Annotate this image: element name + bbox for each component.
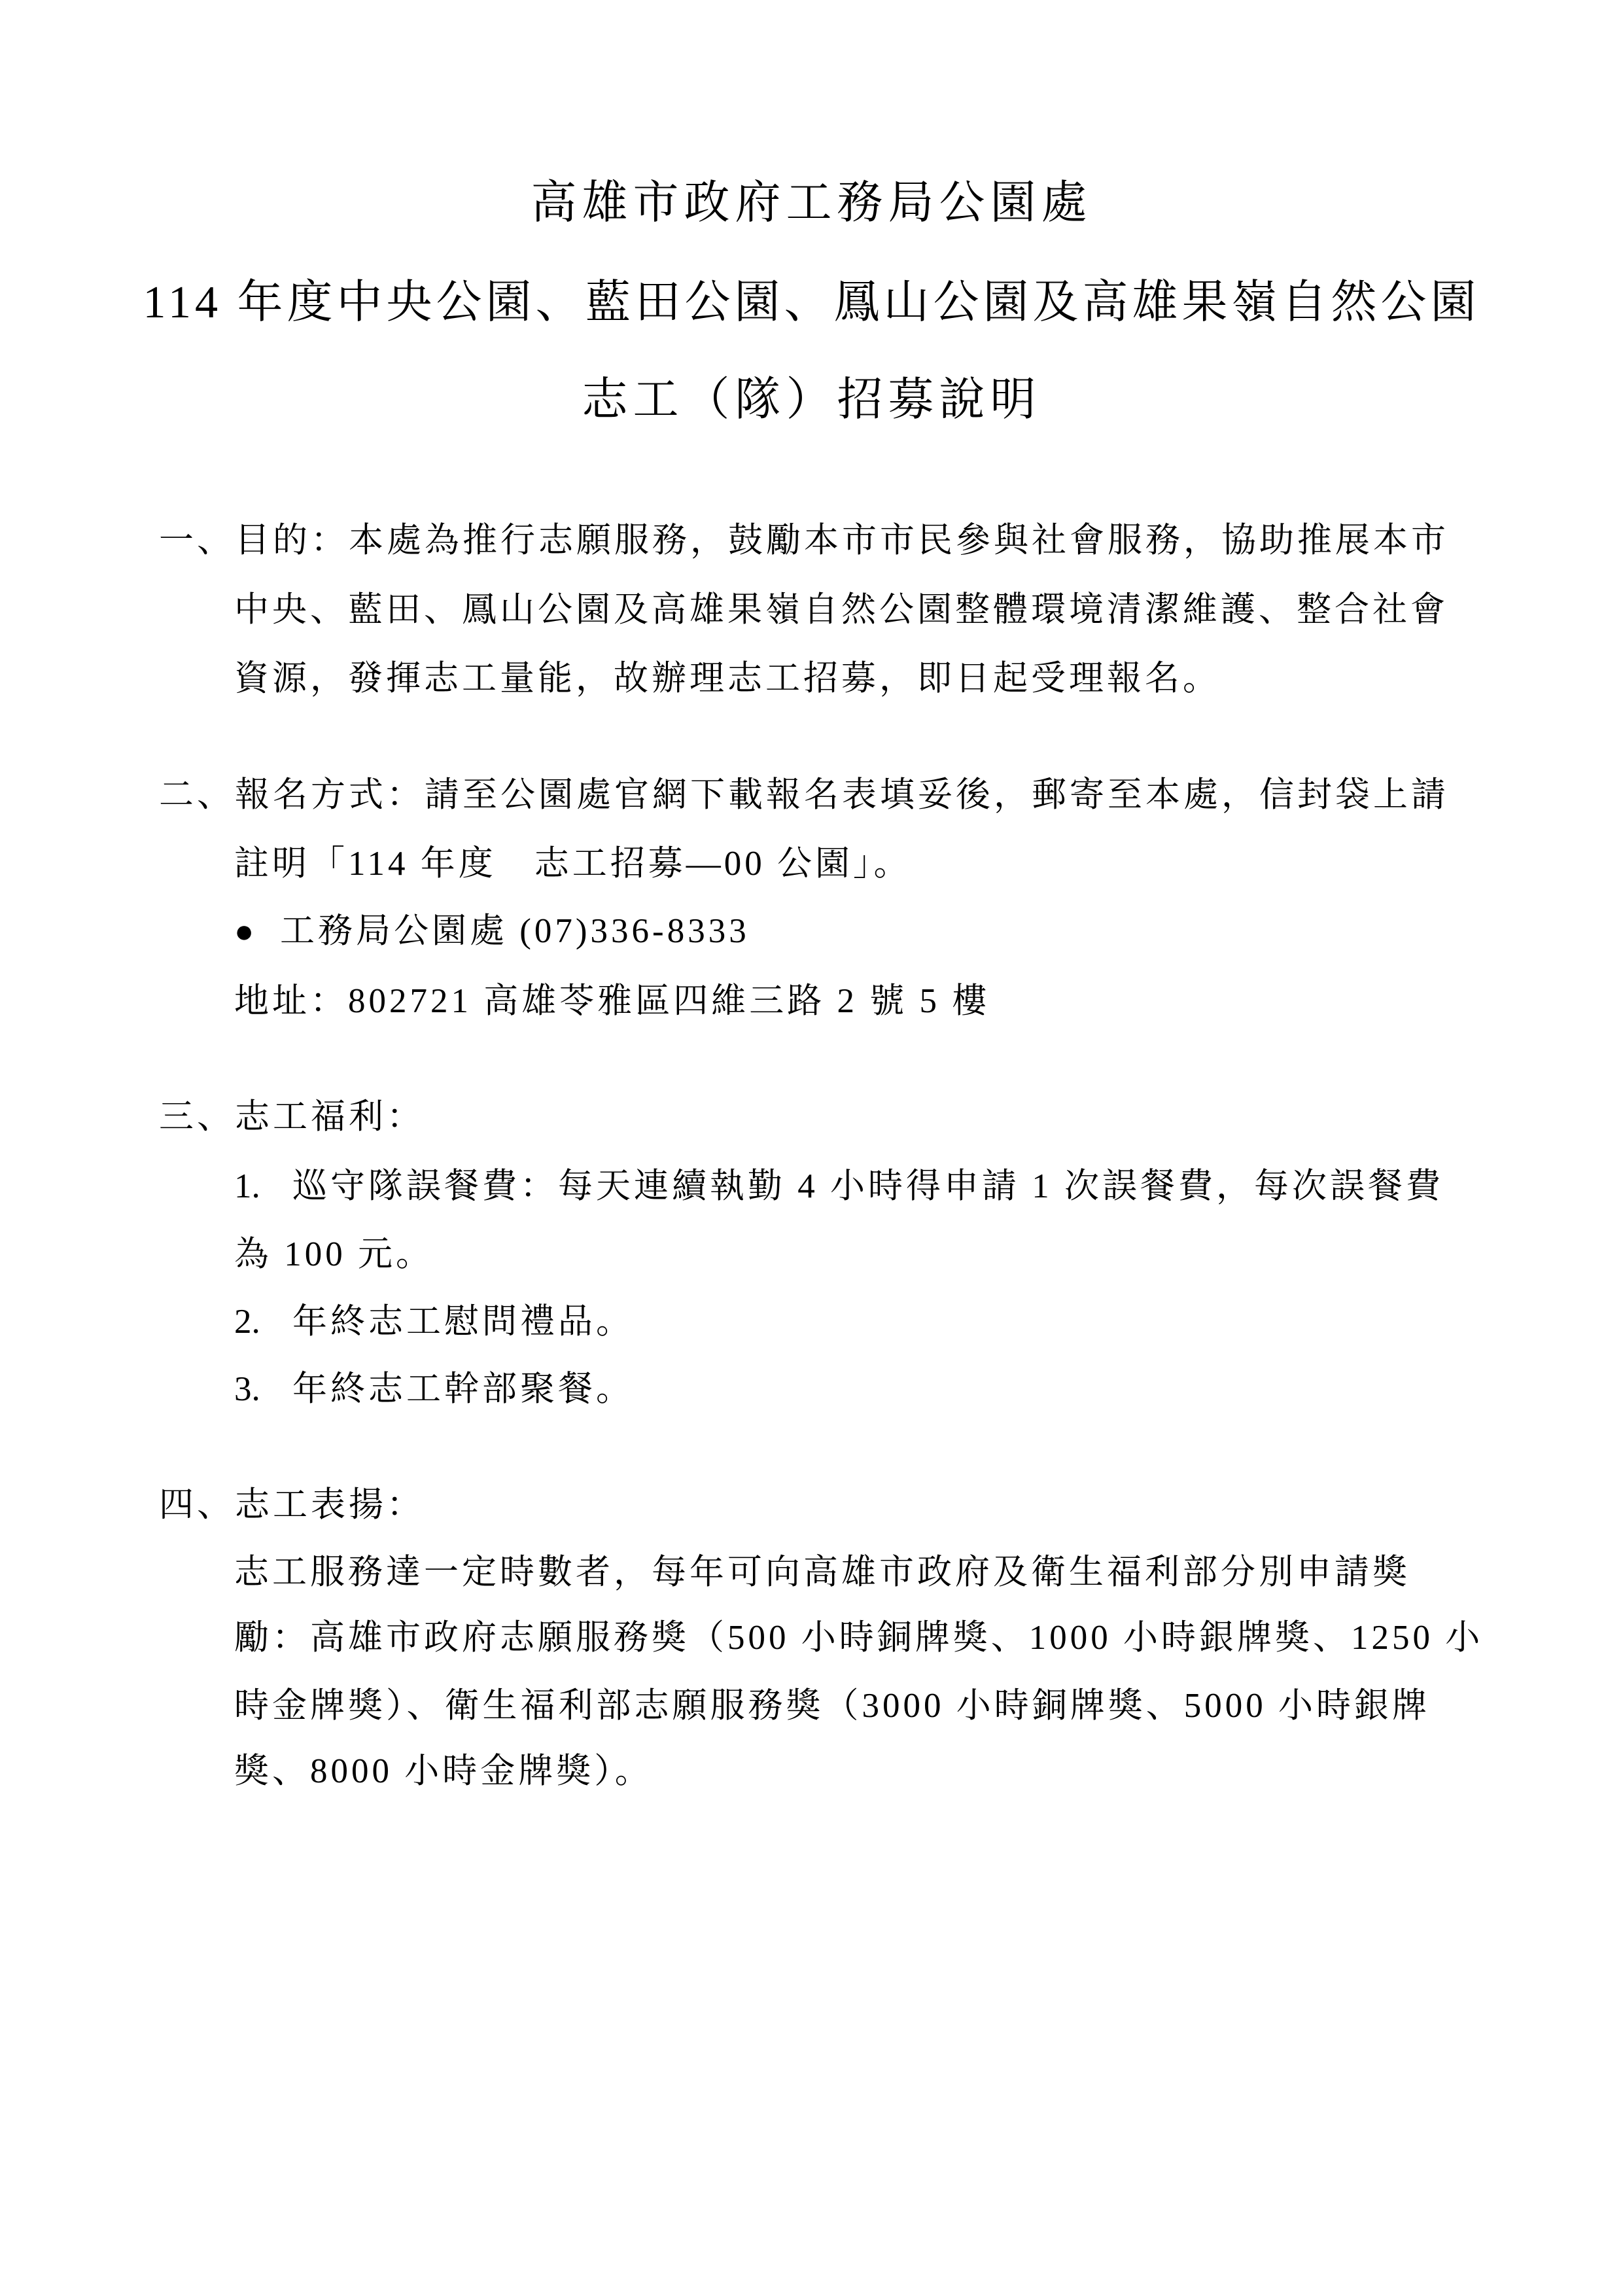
registration-line: 註明「114 年度 志工招募—00 公園」。 xyxy=(234,841,912,887)
benefits-heading: 三、志工福利： xyxy=(159,1094,425,1140)
bullet-icon: ● xyxy=(234,908,280,954)
contact-line: ●工務局公園處 (07)336-8333 xyxy=(234,908,750,954)
registration-heading: 二、報名方式：請至公園處官網下載報名表填妥後，郵寄至本處，信封袋上請 xyxy=(159,772,1449,818)
purpose-line: 中央、藍田、鳳山公園及高雄果嶺自然公園整體環境清潔維護、整合社會 xyxy=(234,587,1448,633)
sub-title: 志工（隊）招募說明 xyxy=(0,371,1623,430)
benefit-item-continuation: 為 100 元。 xyxy=(234,1231,434,1277)
address-line: 地址：802721 高雄苓雅區四維三路 2 號 5 樓 xyxy=(234,978,990,1024)
benefit-item: 1.巡守隊誤餐費：每天連續執勤 4 小時得申請 1 次誤餐費，每次誤餐費 xyxy=(234,1163,1444,1209)
item-number: 1. xyxy=(234,1163,292,1209)
recognition-line: 志工服務達一定時數者，每年可向高雄市政府及衛生福利部分別申請獎 xyxy=(234,1549,1410,1595)
benefit-item: 3.年終志工幹部聚餐。 xyxy=(234,1366,634,1412)
benefit-item: 2.年終志工慰問禮品。 xyxy=(234,1299,634,1345)
item-text: 年終志工慰問禮品。 xyxy=(292,1303,634,1341)
org-title: 高雄市政府工務局公園處 xyxy=(0,174,1623,233)
document-page: 高雄市政府工務局公園處 114 年度中央公園、藍田公園、鳳山公園及高雄果嶺自然公… xyxy=(0,0,1623,2296)
recognition-line: 時金牌獎）、衛生福利部志願服務獎（3000 小時銅牌獎、5000 小時銀牌 xyxy=(234,1683,1430,1729)
purpose-heading: 一、目的：本處為推行志願服務，鼓勵本市市民參與社會服務，協助推展本市 xyxy=(159,518,1449,563)
recognition-line: 獎、8000 小時金牌獎）。 xyxy=(234,1748,653,1794)
recognition-line: 勵：高雄市政府志願服務獎（500 小時銅牌獎、1000 小時銀牌獎、1250 小 xyxy=(234,1615,1483,1661)
main-title: 114 年度中央公園、藍田公園、鳳山公園及高雄果嶺自然公園 xyxy=(0,274,1623,332)
item-text: 巡守隊誤餐費：每天連續執勤 4 小時得申請 1 次誤餐費，每次誤餐費 xyxy=(292,1167,1444,1205)
recognition-heading: 四、志工表揚： xyxy=(159,1482,425,1528)
item-number: 2. xyxy=(234,1299,292,1345)
purpose-line: 資源，發揮志工量能，故辦理志工招募，即日起受理報名。 xyxy=(234,656,1221,701)
item-text: 年終志工幹部聚餐。 xyxy=(292,1370,634,1408)
item-number: 3. xyxy=(234,1366,292,1412)
contact-phone: 工務局公園處 (07)336-8333 xyxy=(280,912,750,950)
